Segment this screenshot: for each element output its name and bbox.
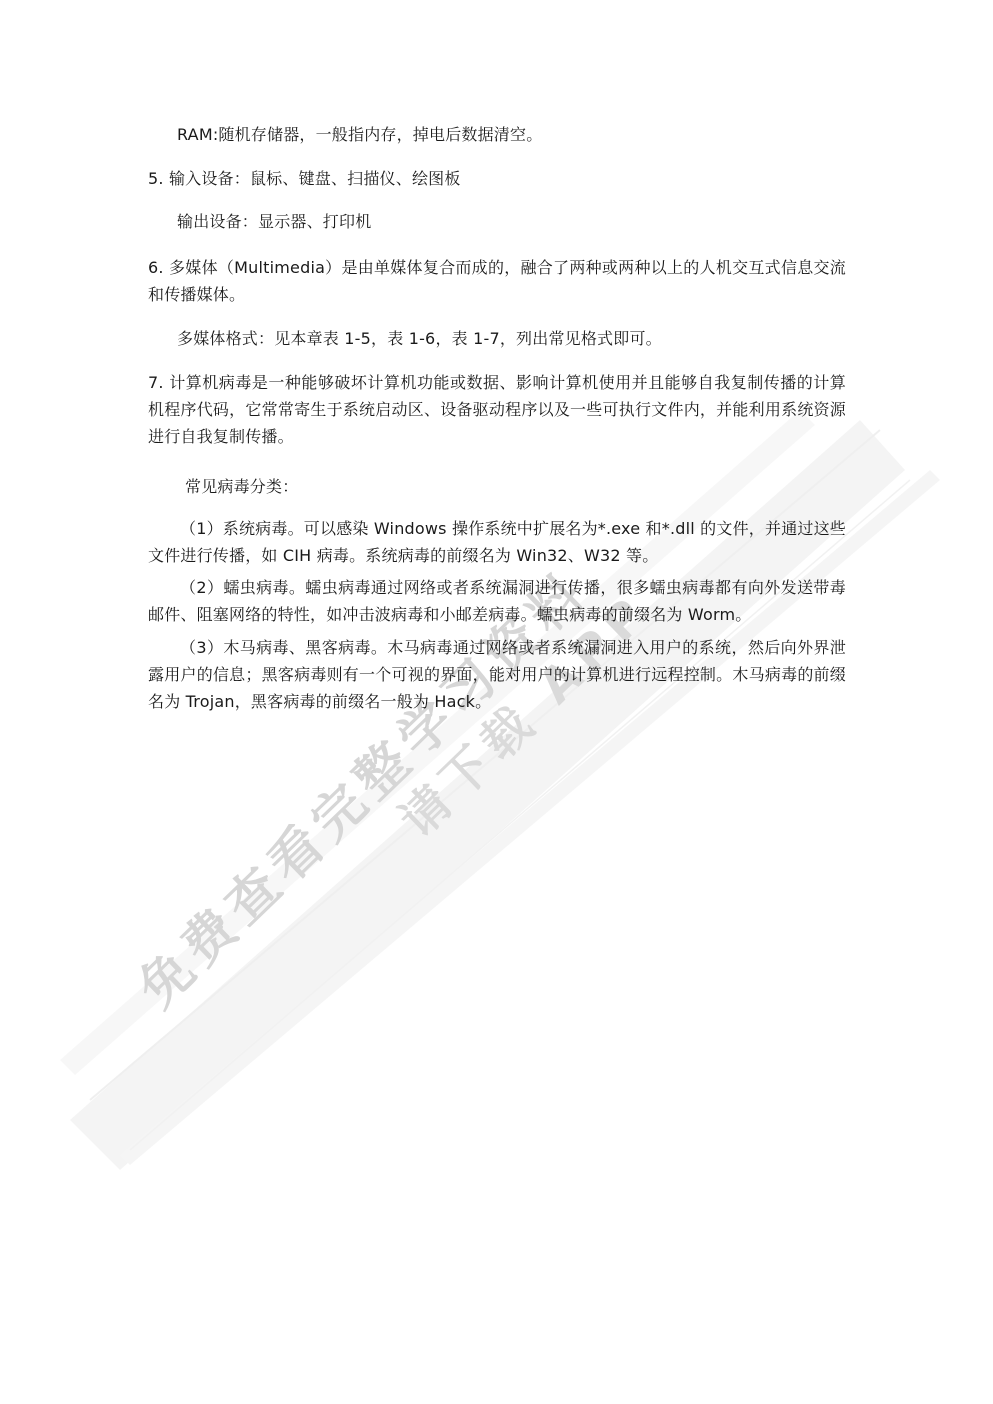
- paragraph-q6-formats: 多媒体格式：见本章表 1-5，表 1-6，表 1-7，列出常见格式即可。: [177, 325, 847, 352]
- document-page: RAM:随机存储器，一般指内存，掉电后数据清空。 5. 输入设备：鼠标、键盘、扫…: [0, 0, 993, 1404]
- paragraph-q5-output: 输出设备：显示器、打印机: [177, 208, 847, 235]
- paragraph-q5-input: 5. 输入设备：鼠标、键盘、扫描仪、绘图板: [148, 165, 846, 192]
- paragraph-q6: 6. 多媒体（Multimedia）是由单媒体复合而成的，融合了两种或两种以上的…: [148, 254, 846, 308]
- paragraph-q7: 7. 计算机病毒是一种能够破坏计算机功能或数据、影响计算机使用并且能够自我复制传…: [148, 369, 846, 450]
- paragraph-q7-type3: （3）木马病毒、黑客病毒。木马病毒通过网络或者系统漏洞进入用户的系统，然后向外界…: [148, 634, 846, 715]
- paragraph-q7-type2: （2）蠕虫病毒。蠕虫病毒通过网络或者系统漏洞进行传播，很多蠕虫病毒都有向外发送带…: [148, 574, 846, 628]
- paragraph-ram: RAM:随机存储器，一般指内存，掉电后数据清空。: [177, 121, 847, 148]
- paragraph-q7-type1: （1）系统病毒。可以感染 Windows 操作系统中扩展名为*.exe 和*.d…: [148, 515, 846, 569]
- paragraph-q7-types-heading: 常见病毒分类：: [185, 473, 883, 500]
